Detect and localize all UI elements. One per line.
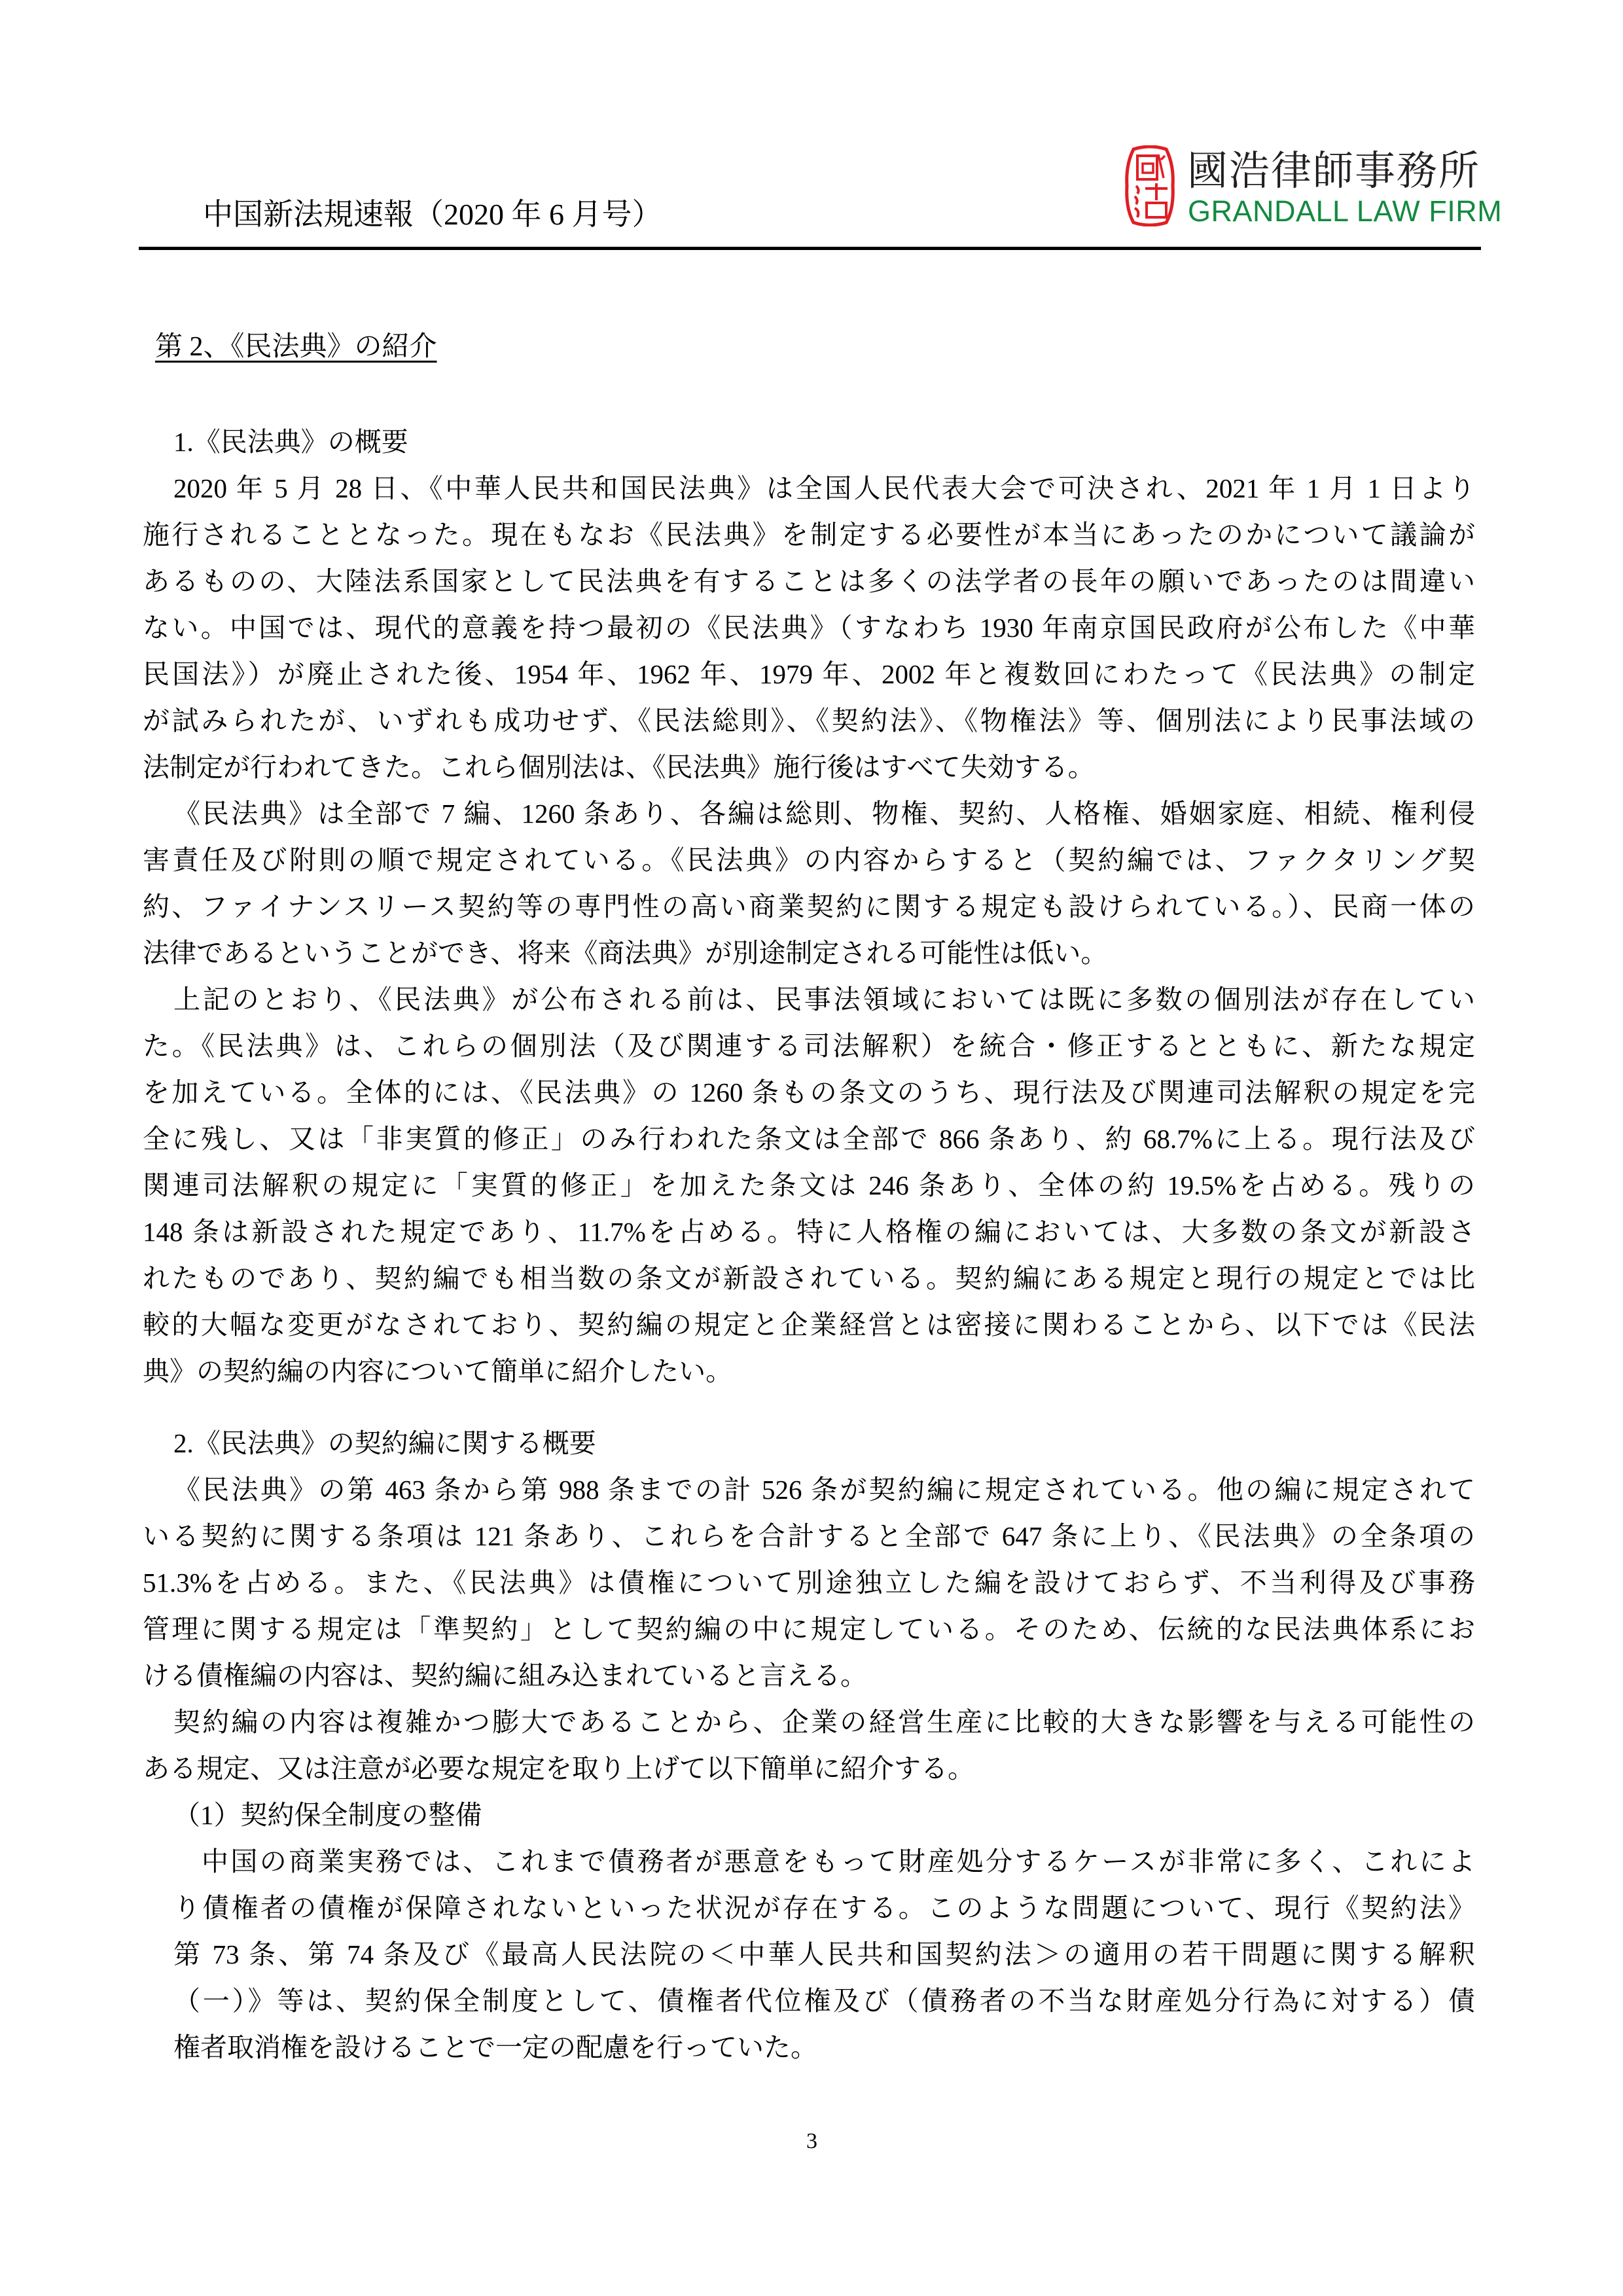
subsection-1-title: （1）契約保全制度の整備 bbox=[143, 1792, 1475, 1839]
paragraph-line: り債権者の債権が保障されないといった状況が存在する。このような問題について、現行… bbox=[143, 1885, 1475, 1931]
paragraph-line: ない。中国では、現代的意義を持つ最初の《民法典》（すなわち 1930 年南京国民… bbox=[143, 605, 1475, 651]
document-page: 中国新法規速報（2020 年 6 月号） 國浩律師事務所 GRANDALL LA… bbox=[0, 0, 1623, 2296]
paragraph-line: 51.3%を占める。また、《民法典》は債権について別途独立した編を設けておらず、… bbox=[143, 1560, 1475, 1606]
paragraph-line: 管理に関する規定は「準契約」として契約編の中に規定している。そのため、伝統的な民… bbox=[143, 1606, 1475, 1653]
firm-name-english: GRANDALL LAW FIRM bbox=[1188, 195, 1502, 228]
paragraph-line: 関連司法解釈の規定に「実質的修正」を加えた条文は 246 条あり、全体の約 19… bbox=[143, 1162, 1475, 1209]
paragraph-line: 中国の商業実務では、これまで債務者が悪意をもって財産処分するケースが非常に多く、… bbox=[143, 1839, 1475, 1885]
paragraph-line: 施行されることとなった。現在もなお《民法典》を制定する必要性が本当にあったのかに… bbox=[143, 512, 1475, 558]
paragraph-line: 上記のとおり、《民法典》が公布される前は、民事法領域においては既に多数の個別法が… bbox=[143, 977, 1475, 1023]
section-heading: 第 2、《民法典》の紹介 bbox=[155, 327, 437, 367]
paragraph-line: あるものの、大陸法系国家として民法典を有することは多くの法学者の長年の願いであっ… bbox=[143, 558, 1475, 605]
paragraph-line: が試みられたが、いずれも成功せず、《民法総則》、《契約法》、《物権法》等、個別法… bbox=[143, 698, 1475, 744]
paragraph-line: 較的大幅な変更がなされており、契約編の規定と企業経営とは密接に関わることから、以… bbox=[143, 1302, 1475, 1348]
newsletter-title: 中国新法規速報（2020 年 6 月号） bbox=[203, 195, 662, 234]
page-number: 3 bbox=[806, 2127, 817, 2156]
paragraph-line: 約、ファイナンスリース契約等の専門性の高い商業契約に関する規定も設けられている。… bbox=[143, 884, 1475, 930]
section-2-title: 2.《民法典》の契約編に関する概要 bbox=[143, 1420, 1475, 1467]
paragraph-line: ける債権編の内容は、契約編に組み込まれていると言える。 bbox=[143, 1653, 1475, 1699]
paragraph-line: を加えている。全体的には、《民法典》の 1260 条もの条文のうち、現行法及び関… bbox=[143, 1069, 1475, 1116]
section-1-title: 1.《民法典》の概要 bbox=[143, 419, 1475, 465]
paragraph-line: （一）》等は、契約保全制度として、債権者代位権及び（債務者の不当な財産処分行為に… bbox=[143, 1978, 1475, 2024]
paragraph-line: れたものであり、契約編でも相当数の条文が新設されている。契約編にある規定と現行の… bbox=[143, 1255, 1475, 1302]
firm-logo: 國浩律師事務所 GRANDALL LAW FIRM bbox=[1124, 145, 1481, 229]
paragraph-line: 法制定が行われてきた。これら個別法は、《民法典》施行後はすべて失効する。 bbox=[143, 744, 1475, 791]
paragraph-line: 権者取消権を設けることで一定の配慮を行っていた。 bbox=[143, 2024, 1475, 2071]
section-2: 2.《民法典》の契約編に関する概要 《民法典》の第 463 条から第 988 条… bbox=[143, 1420, 1475, 2071]
paragraph-line: 《民法典》の第 463 条から第 988 条までの計 526 条が契約編に規定さ… bbox=[143, 1467, 1475, 1513]
paragraph-line: 《民法典》は全部で 7 編、1260 条あり、各編は総則、物権、契約、人格権、婚… bbox=[143, 791, 1475, 837]
firm-name-chinese: 國浩律師事務所 bbox=[1187, 147, 1480, 195]
section-1: 1.《民法典》の概要 2020 年 5 月 28 日、《中華人民共和国民法典》は… bbox=[143, 419, 1475, 1395]
paragraph-line: 害責任及び附則の順で規定されている。《民法典》の内容からすると（契約編では、ファ… bbox=[143, 837, 1475, 884]
seal-icon bbox=[1124, 145, 1175, 226]
paragraph-line: 典》の契約編の内容について簡単に紹介したい。 bbox=[143, 1348, 1475, 1395]
paragraph-line: いる契約に関する条項は 121 条あり、これらを合計すると全部で 647 条に上… bbox=[143, 1513, 1475, 1560]
paragraph-line: 契約編の内容は複雑かつ膨大であることから、企業の経営生産に比較的大きな影響を与え… bbox=[143, 1699, 1475, 1746]
paragraph-line: ある規定、又は注意が必要な規定を取り上げて以下簡単に紹介する。 bbox=[143, 1746, 1475, 1792]
paragraph-line: 民国法》）が廃止された後、1954 年、1962 年、1979 年、2002 年… bbox=[143, 651, 1475, 698]
paragraph-line: 第 73 条、第 74 条及び《最高人民法院の＜中華人民共和国契約法＞の適用の若… bbox=[143, 1931, 1475, 1978]
paragraph-line: 全に残し、又は「非実質的修正」のみ行われた条文は全部で 866 条あり、約 68… bbox=[143, 1116, 1475, 1162]
paragraph-line: 法律であるということができ、将来《商法典》が別途制定される可能性は低い。 bbox=[143, 930, 1475, 977]
header-divider bbox=[139, 247, 1481, 250]
paragraph-line: 2020 年 5 月 28 日、《中華人民共和国民法典》は全国人民代表大会で可決… bbox=[143, 465, 1475, 512]
paragraph-line: 148 条は新設された規定であり、11.7%を占める。特に人格権の編においては、… bbox=[143, 1209, 1475, 1255]
paragraph-line: た。《民法典》は、これらの個別法（及び関連する司法解釈）を統合・修正するとともに… bbox=[143, 1023, 1475, 1069]
